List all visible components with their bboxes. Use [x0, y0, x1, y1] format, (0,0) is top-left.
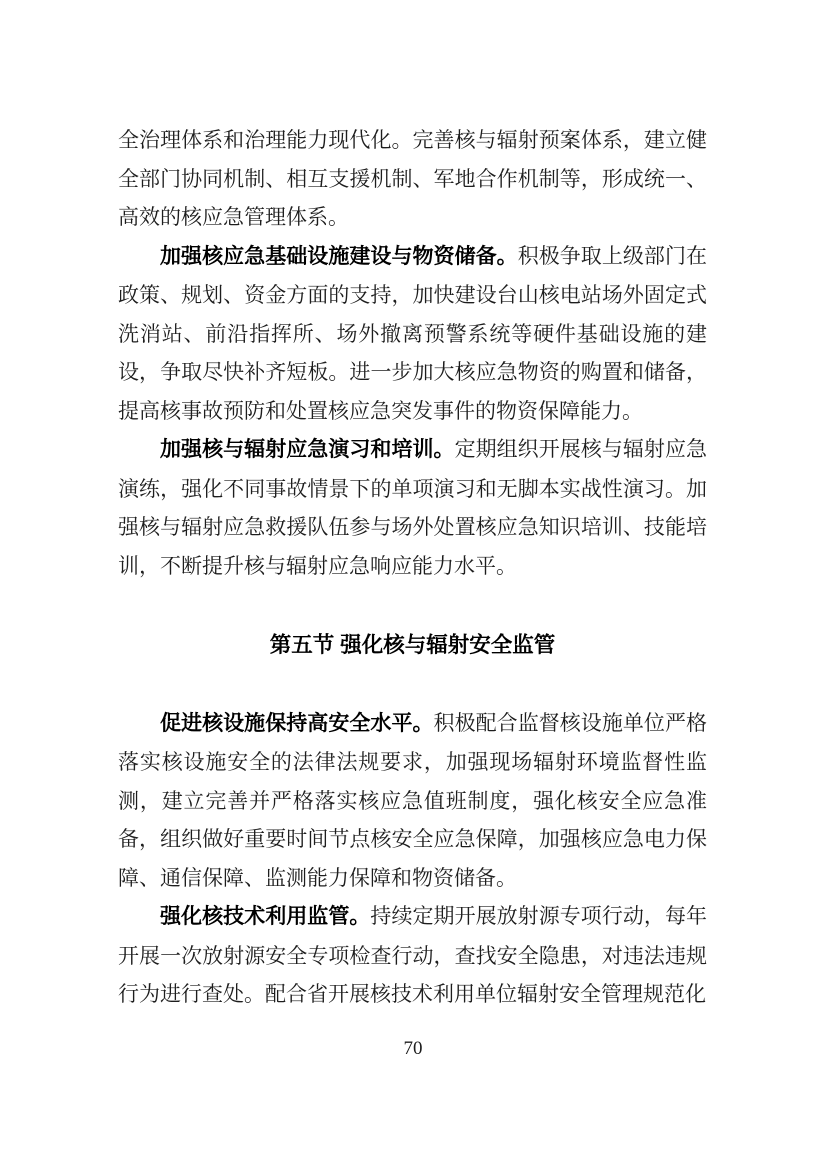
paragraph-text: 全治理体系和治理能力现代化。完善核与辐射预案体系，建立健全部门协同机制、相互支援…: [118, 128, 707, 229]
paragraph: 加强核应急基础设施建设与物资储备。积极争取上级部门在政策、规划、资金方面的支持，…: [118, 237, 707, 431]
paragraph-text: 积极争取上级部门在政策、规划、资金方面的支持，加快建设台山核电站场外固定式洗消站…: [118, 244, 707, 423]
page-number: 70: [0, 1038, 826, 1060]
paragraph-lead: 加强核应急基础设施建设与物资储备。: [160, 245, 518, 268]
document-page: 全治理体系和治理能力现代化。完善核与辐射预案体系，建立健全部门协同机制、相互支援…: [0, 0, 826, 1169]
paragraph-text: 积极配合监督核设施单位严格落实核设施安全的法律法规要求，加强现场辐射环境监督性监…: [118, 711, 707, 890]
paragraph-lead: 强化核技术利用监管。: [160, 905, 370, 928]
page-body: 全治理体系和治理能力现代化。完善核与辐射预案体系，建立健全部门协同机制、相互支援…: [118, 121, 707, 1014]
paragraph-lead: 促进核设施保持高安全水平。: [160, 712, 434, 735]
paragraph-lead: 加强核与辐射应急演习和培训。: [160, 438, 455, 461]
paragraph: 加强核与辐射应急演习和培训。定期组织开展核与辐射应急演练，强化不同事故情景下的单…: [118, 430, 707, 585]
paragraph: 强化核技术利用监管。持续定期开展放射源专项行动，每年开展一次放射源安全专项检查行…: [118, 897, 707, 1014]
paragraph: 促进核设施保持高安全水平。积极配合监督核设施单位严格落实核设施安全的法律法规要求…: [118, 704, 707, 898]
section-heading: 第五节 强化核与辐射安全监管: [118, 626, 707, 665]
paragraph: 全治理体系和治理能力现代化。完善核与辐射预案体系，建立健全部门协同机制、相互支援…: [118, 121, 707, 237]
